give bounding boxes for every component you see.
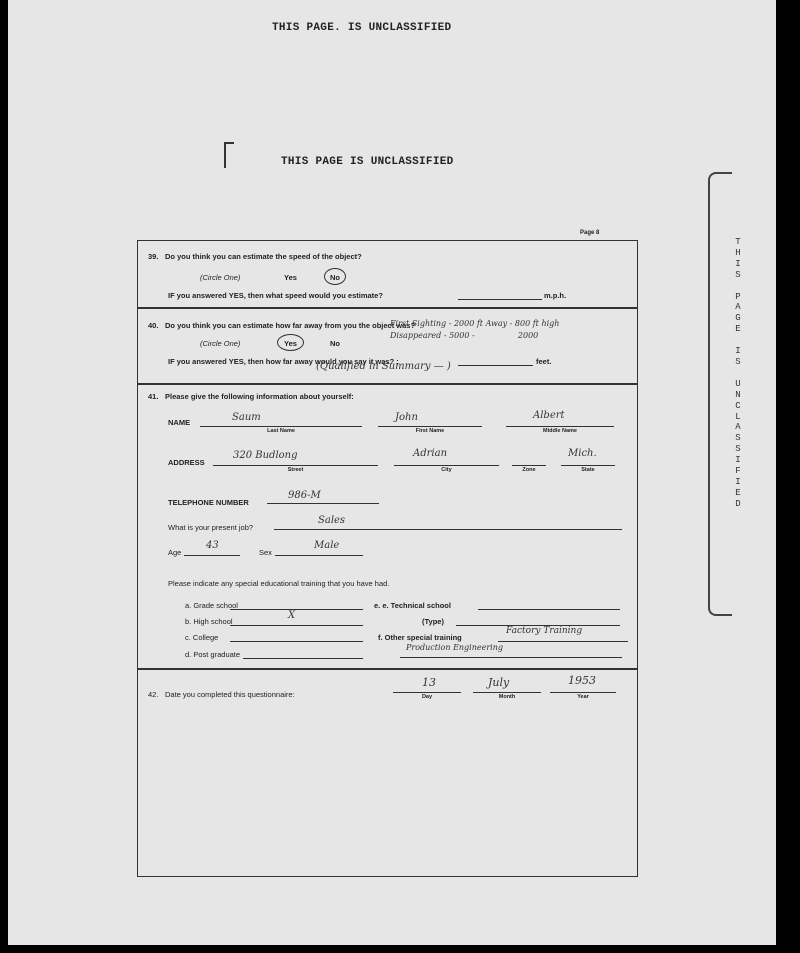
first-name-value: John	[395, 412, 418, 423]
year-field[interactable]	[550, 692, 616, 693]
city-value: Adrian	[413, 448, 447, 459]
age-value: 43	[206, 540, 219, 551]
q39-selection-circle	[324, 268, 346, 285]
zone-caption: Zone	[512, 467, 546, 473]
side-classification-banner: T H I S P A G E I S U N C L A S S I F I …	[733, 237, 743, 510]
sex-value: Male	[314, 540, 339, 551]
q39-speed-field[interactable]	[458, 299, 542, 300]
q40-option-no[interactable]: No	[330, 339, 340, 348]
q40-question: Do you think you can estimate how far aw…	[165, 321, 415, 330]
type-label: (Type)	[422, 617, 444, 626]
scan-border	[776, 0, 800, 953]
day-field[interactable]	[393, 692, 461, 693]
q40-number: 40.	[148, 321, 158, 330]
job-field[interactable]	[274, 529, 622, 530]
side-bracket	[708, 172, 732, 616]
technical-school-field[interactable]	[478, 609, 620, 610]
state-value: Mich.	[568, 448, 597, 459]
high-school-field[interactable]	[230, 625, 363, 626]
q40-answer: (Qualified in Summary — )	[316, 361, 451, 372]
college-field[interactable]	[230, 641, 363, 642]
q40-selection-circle	[277, 334, 304, 351]
month-value: July	[488, 676, 509, 689]
last-name-value: Saum	[232, 412, 261, 423]
postgraduate-field[interactable]	[243, 658, 363, 659]
address-label: ADDRESS	[168, 458, 205, 467]
age-field[interactable]	[184, 555, 240, 556]
other-training-label: f. Other special training	[378, 633, 462, 642]
q39-unit: m.p.h.	[544, 291, 566, 300]
last-name-caption: Last Name	[200, 428, 362, 434]
q40-unit: feet.	[536, 357, 551, 366]
telephone-label: TELEPHONE NUMBER	[168, 498, 249, 507]
first-name-field[interactable]	[378, 426, 482, 427]
sex-label: Sex	[259, 548, 272, 557]
day-value: 13	[422, 676, 436, 689]
city-caption: City	[394, 467, 499, 473]
education-prompt: Please indicate any special educational …	[168, 579, 389, 588]
high-school-label: b. High school	[185, 617, 233, 626]
job-value: Sales	[318, 515, 345, 526]
city-field[interactable]	[394, 465, 499, 466]
technical-school-label: e. e. Technical school	[374, 601, 451, 610]
classification-banner: THIS PAGE IS UNCLASSIFIED	[281, 156, 454, 168]
month-caption: Month	[473, 694, 541, 700]
street-value: 320 Budlong	[233, 450, 298, 461]
page-number: Page 8	[580, 230, 599, 236]
year-caption: Year	[550, 694, 616, 700]
street-caption: Street	[213, 467, 378, 473]
q42-number: 42.	[148, 690, 158, 699]
month-field[interactable]	[473, 692, 541, 693]
age-label: Age	[168, 548, 181, 557]
college-label: c. College	[185, 633, 218, 642]
q40-note-line1: First Sighting - 2000 ft Away - 800 ft h…	[390, 319, 559, 328]
scan-mark	[224, 142, 234, 168]
q40-distance-field[interactable]	[458, 365, 533, 366]
question-42-box: 42. Date you completed this questionnair…	[137, 669, 638, 877]
q39-followup: IF you answered YES, then what speed wou…	[168, 291, 383, 300]
q40-note-line2: Disappeared - 5000 - 2000	[390, 331, 538, 340]
question-39-box: 39. Do you think you can estimate the sp…	[137, 240, 638, 308]
classification-banner-top: THIS PAGE. IS UNCLASSIFIED	[272, 22, 451, 34]
name-label: NAME	[168, 418, 190, 427]
sex-field[interactable]	[275, 555, 363, 556]
grade-school-field[interactable]	[230, 609, 363, 610]
middle-name-value: Albert	[533, 410, 565, 421]
state-caption: State	[561, 467, 615, 473]
other-training-field-1[interactable]	[498, 641, 628, 642]
postgraduate-label: d. Post graduate	[185, 650, 240, 659]
other-training-value-1: Factory Training	[506, 626, 582, 636]
zone-field[interactable]	[512, 465, 546, 466]
q39-question: Do you think you can estimate the speed …	[165, 252, 362, 261]
telephone-field[interactable]	[267, 503, 379, 504]
street-field[interactable]	[213, 465, 378, 466]
q41-number: 41.	[148, 392, 158, 401]
q39-number: 39.	[148, 252, 158, 261]
middle-name-caption: Middle Name	[506, 428, 614, 434]
q39-option-yes[interactable]: Yes	[284, 273, 297, 282]
q40-circle-label: (Circle One)	[200, 339, 240, 348]
question-40-box: 40. Do you think you can estimate how fa…	[137, 308, 638, 384]
telephone-value: 986-M	[288, 490, 321, 501]
year-value: 1953	[568, 674, 596, 687]
last-name-field[interactable]	[200, 426, 362, 427]
q42-question: Date you completed this questionnaire:	[165, 690, 295, 699]
q39-circle-label: (Circle One)	[200, 273, 240, 282]
middle-name-field[interactable]	[506, 426, 614, 427]
other-training-field-2[interactable]	[400, 657, 622, 658]
question-41-box: 41. Please give the following informatio…	[137, 384, 638, 669]
state-field[interactable]	[561, 465, 615, 466]
high-school-value: X	[288, 610, 295, 621]
other-training-value-2: Production Engineering	[406, 643, 503, 652]
first-name-caption: First Name	[378, 428, 482, 434]
job-label: What is your present job?	[168, 523, 253, 532]
day-caption: Day	[393, 694, 461, 700]
q41-question: Please give the following information ab…	[165, 392, 354, 401]
